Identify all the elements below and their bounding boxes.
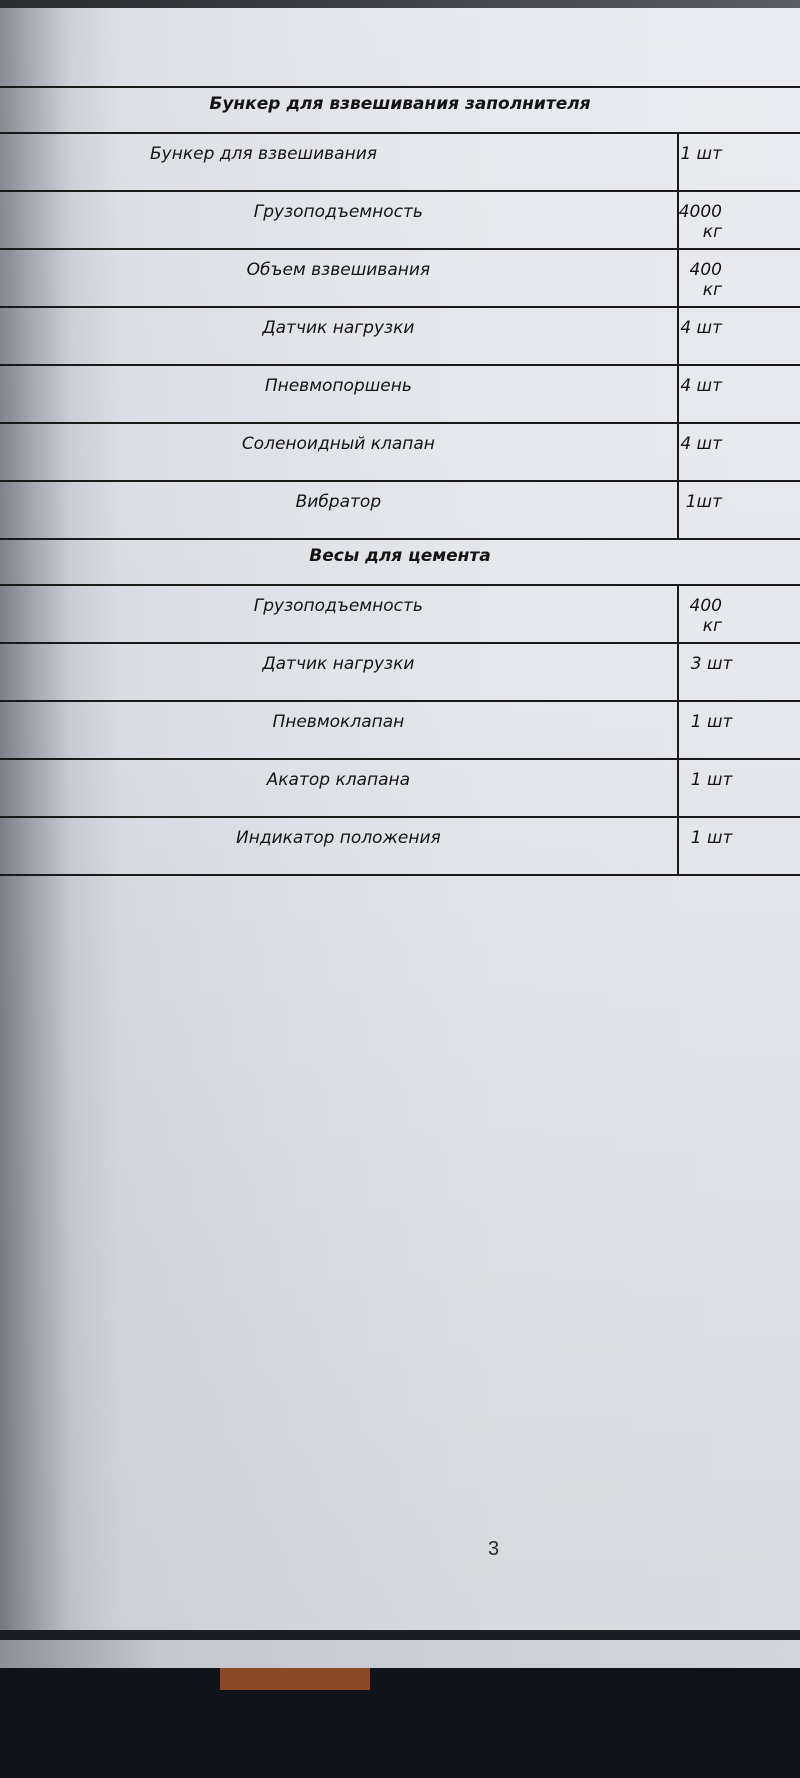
row-value: 4 шт [678, 307, 800, 365]
row-value: 1 шт [678, 759, 800, 817]
section-header-row: Весы для цемента [0, 539, 800, 585]
table-row: Датчик нагрузки 4 шт [0, 307, 800, 365]
table-row: Объем взвешивания 400 кг [0, 249, 800, 307]
row-label: Объем взвешивания [0, 249, 678, 307]
row-label: Датчик нагрузки [0, 643, 678, 701]
row-value: 4 шт [678, 365, 800, 423]
section-title-aggregate-hopper: Бункер для взвешивания заполнителя [0, 87, 800, 133]
table-row: Индикатор положения 1 шт [0, 817, 800, 875]
row-label: Индикатор положения [0, 817, 678, 875]
section-title-cement-scale: Весы для цемента [0, 539, 800, 585]
table-row: Датчик нагрузки 3 шт [0, 643, 800, 701]
row-value: 1шт [678, 481, 800, 539]
row-value: 3 шт [678, 643, 800, 701]
row-value: 1 шт [678, 701, 800, 759]
row-value: 4000 кг [678, 191, 800, 249]
row-label: Пневмоклапан [0, 701, 678, 759]
table-row: Соленоидный клапан 4 шт [0, 423, 800, 481]
table-row: Пневмопоршень 4 шт [0, 365, 800, 423]
underlying-page [0, 1640, 800, 1668]
table-row: Акатор клапана 1 шт [0, 759, 800, 817]
page-number: 3 [488, 1538, 499, 1561]
table-row: Грузоподъемность 4000 кг [0, 191, 800, 249]
row-value: 1 шт [678, 817, 800, 875]
row-label: Датчик нагрузки [0, 307, 678, 365]
specification-table: Бункер для взвешивания заполнителя Бунке… [0, 86, 800, 876]
row-value: 4 шт [678, 423, 800, 481]
row-label: Грузоподъемность [0, 585, 678, 643]
section-header-row: Бункер для взвешивания заполнителя [0, 87, 800, 133]
row-value: 400 кг [678, 585, 800, 643]
row-label: Грузоподъемность [0, 191, 678, 249]
row-label: Акатор клапана [0, 759, 678, 817]
page-edge-shadow [0, 1630, 800, 1640]
table-row: Бункер для взвешивания 1 шт [0, 133, 800, 191]
row-label: Соленоидный клапан [0, 423, 678, 481]
row-label: Вибратор [0, 481, 678, 539]
table-row: Грузоподъемность 400 кг [0, 585, 800, 643]
row-label: Пневмопоршень [0, 365, 678, 423]
row-value: 400 кг [678, 249, 800, 307]
orange-object [220, 1668, 370, 1690]
row-value: 1 шт [678, 133, 800, 191]
row-label: Бункер для взвешивания [0, 133, 678, 191]
table-row: Вибратор 1шт [0, 481, 800, 539]
table-row: Пневмоклапан 1 шт [0, 701, 800, 759]
